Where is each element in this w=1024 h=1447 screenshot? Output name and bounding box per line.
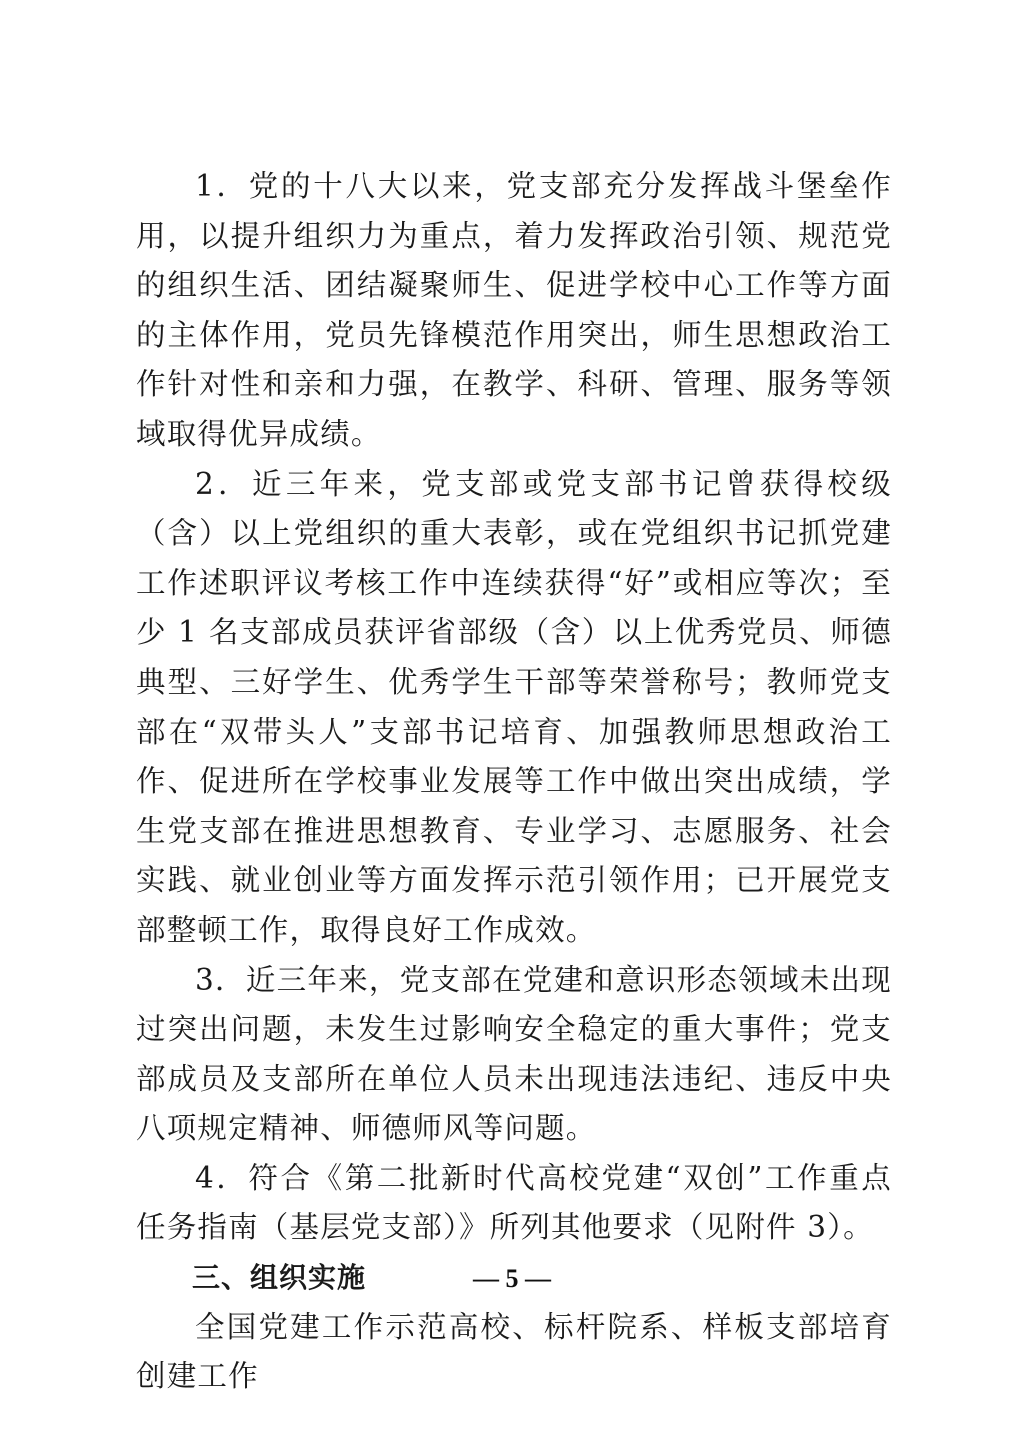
- paragraph-item-3: 3．近三年来，党支部在党建和意识形态领域未出现过突出问题，未发生过影响安全稳定的…: [136, 956, 892, 1154]
- document-page: 1．党的十八大以来，党支部充分发挥战斗堡垒作用，以提升组织力为重点，着力发挥政治…: [136, 162, 892, 1402]
- paragraph-item-1: 1．党的十八大以来，党支部充分发挥战斗堡垒作用，以提升组织力为重点，着力发挥政治…: [136, 162, 892, 460]
- paragraph-item-4: 4．符合《第二批新时代高校党建“双创”工作重点任务指南（基层党支部）》所列其他要…: [136, 1154, 892, 1253]
- closing-paragraph: 全国党建工作示范高校、标杆院系、样板支部培育创建工作: [136, 1303, 892, 1402]
- paragraph-item-2: 2．近三年来，党支部或党支部书记曾获得校级（含）以上党组织的重大表彰，或在党组织…: [136, 460, 892, 956]
- page-number: — 5 —: [0, 1264, 1024, 1294]
